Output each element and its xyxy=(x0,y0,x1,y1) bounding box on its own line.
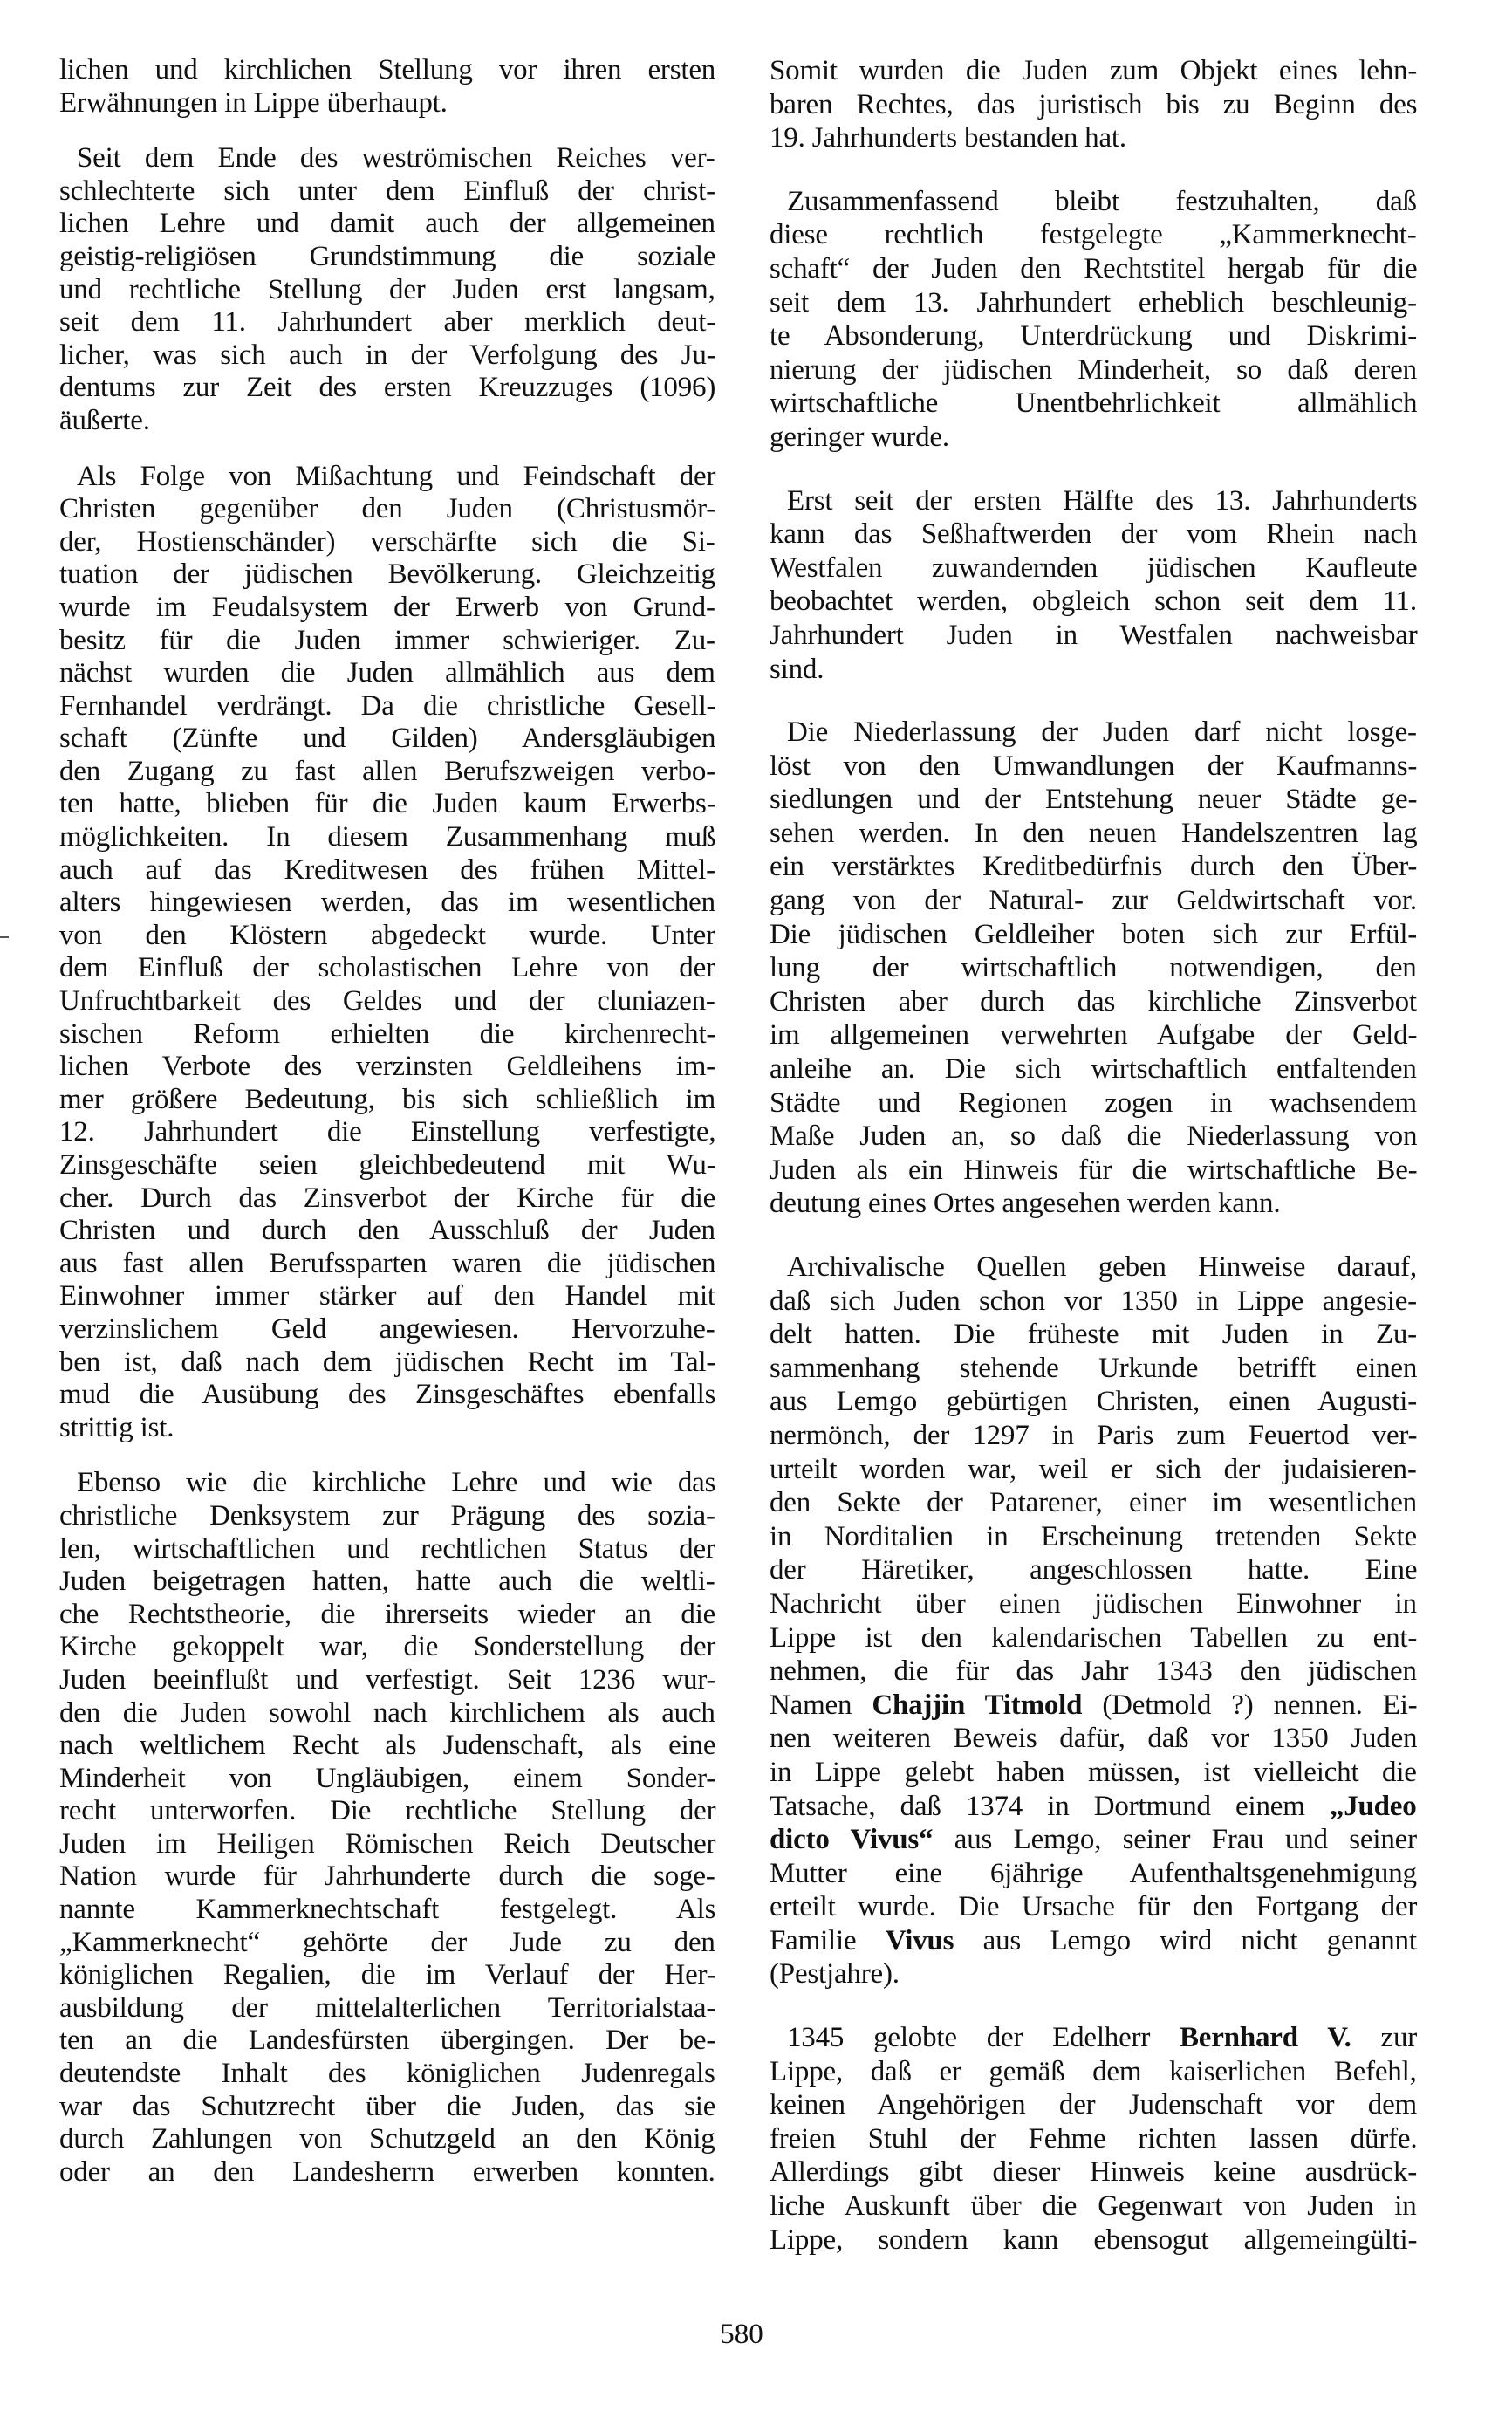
text-line: dentums zur Zeit des ersten Kreuzzuges (… xyxy=(59,372,715,405)
text-line: 1345 gelobte der Edelherr Bernhard V. zu… xyxy=(770,2021,1417,2055)
text-line: beobachtet werden, obgleich schon seit d… xyxy=(770,585,1417,619)
text-line: cher. Durch das Zinsverbot der Kirche fü… xyxy=(59,1182,715,1216)
text-line: anleihe an. Die sich wirtschaftlich entf… xyxy=(770,1052,1417,1086)
text-line: den Zugang zu fast allen Berufszweigen v… xyxy=(59,756,715,789)
text-line: besitz für die Juden immer schwieriger. … xyxy=(59,625,715,658)
text-line: Nation wurde für Jahrhunderte durch die … xyxy=(59,1860,715,1894)
text-line: äußerte. xyxy=(59,405,715,438)
bold-name-vivus: Vivus xyxy=(886,1925,954,1956)
text-line: nehmen, die für das Jahr 1343 den jüdisc… xyxy=(770,1655,1417,1689)
text-line: Die Niederlassung der Juden darf nicht l… xyxy=(770,716,1417,750)
text-line: nach weltlichem Recht als Judenschaft, a… xyxy=(59,1730,715,1763)
text-line: Juden als ein Hinweis für die wirtschaft… xyxy=(770,1154,1417,1188)
text-line: sammenhang stehende Urkunde betrifft ein… xyxy=(770,1352,1417,1386)
text-line: liche Auskunft über die Gegenwart von Ju… xyxy=(770,2189,1417,2224)
text-line: seit dem 13. Jahrhundert erheblich besch… xyxy=(770,286,1417,320)
text-line: gang von der Natural- zur Geldwirtschaft… xyxy=(770,884,1417,918)
text-line: aus Lemgo gebürtigen Christen, einen Aug… xyxy=(770,1385,1417,1419)
text-line: in Norditalien in Erscheinung tretenden … xyxy=(770,1520,1417,1554)
text-line: urteilt worden war, weil er sich der jud… xyxy=(770,1453,1417,1487)
text-line: königlichen Regalien, die im Verlauf der… xyxy=(59,1959,715,1992)
text-line: nen weiteren Beweis dafür, daß vor 1350 … xyxy=(770,1722,1417,1756)
text-run: Tatsache, daß 1374 in Dortmund einem xyxy=(770,1791,1330,1822)
text-line: Kirche gekoppelt war, die Sonderstellung… xyxy=(59,1631,715,1664)
text-line: ausbildung der mittelalterlichen Territo… xyxy=(59,1992,715,2025)
text-line: schaft“ der Juden den Rechtstitel hergab… xyxy=(770,252,1417,286)
text-line: der, Hostienschänder) verschärfte sich d… xyxy=(59,526,715,559)
text-line: sehen werden. In den neuen Handelszentre… xyxy=(770,817,1417,851)
text-run: 1345 gelobte der Edelherr xyxy=(787,2022,1180,2053)
text-line: delt hatten. Die früheste mit Juden in Z… xyxy=(770,1318,1417,1352)
text-line: Juden beigetragen hatten, hatte auch die… xyxy=(59,1566,715,1599)
text-line: lichen Lehre und damit auch der allgemei… xyxy=(59,208,715,241)
text-line: dem Einfluß der scholastischen Lehre von… xyxy=(59,952,715,985)
text-line: Christen gegenüber den Juden (Christusmö… xyxy=(59,493,715,526)
bold-quote-dicto-vivus: dicto Vivus“ xyxy=(770,1824,933,1855)
text-line: Einwohner immer stärker auf den Handel m… xyxy=(59,1280,715,1313)
text-line: lichen Verbote des verzinsten Geldleihen… xyxy=(59,1051,715,1084)
text-line: Ebenso wie die kirchliche Lehre und wie … xyxy=(59,1467,715,1500)
text-line: sind. xyxy=(770,653,1417,687)
text-line: aus fast allen Berufssparten waren die j… xyxy=(59,1248,715,1281)
text-line: von den Klöstern abgedeckt wurde. Unter xyxy=(59,920,715,953)
text-line: durch Zahlungen von Schutzgeld an den Kö… xyxy=(59,2123,715,2156)
text-line: Juden beeinflußt und verfestigt. Seit 12… xyxy=(59,1664,715,1697)
paragraph: lichen und kirchlichen Stellung vor ihre… xyxy=(59,54,715,120)
text-line: ein verstärktes Kreditbedürfnis durch de… xyxy=(770,850,1417,884)
text-line: Allerdings gibt dieser Hinweis keine aus… xyxy=(770,2155,1417,2189)
text-line: im allgemeinen verwehrten Aufgabe der Ge… xyxy=(770,1018,1417,1052)
text-line: Familie Vivus aus Lemgo wird nicht genan… xyxy=(770,1924,1417,1958)
text-line: Nachricht über einen jüdischen Einwohner… xyxy=(770,1587,1417,1621)
text-line: Minderheit von Ungläubigen, einem Sonder… xyxy=(59,1763,715,1796)
text-line: schlechterte sich unter dem Einfluß der … xyxy=(59,175,715,209)
text-run: Namen xyxy=(770,1689,872,1721)
paragraph: 1345 gelobte der Edelherr Bernhard V. zu… xyxy=(770,2021,1417,2257)
text-line: deutendste Inhalt des königlichen Judenr… xyxy=(59,2058,715,2091)
text-line: che Rechtstheorie, die ihrerseits wieder… xyxy=(59,1599,715,1632)
text-line: Als Folge von Mißachtung und Feindschaft… xyxy=(59,461,715,494)
text-line: Maße Juden an, so daß die Niederlassung … xyxy=(770,1120,1417,1154)
text-line: geistig-religiösen Grundstimmung die soz… xyxy=(59,241,715,274)
paragraph: Zusammenfassend bleibt festzuhalten, daß… xyxy=(770,185,1417,455)
text-line: Unfruchtbarkeit des Geldes und der cluni… xyxy=(59,985,715,1018)
text-line: christliche Denksystem zur Prägung des s… xyxy=(59,1500,715,1533)
text-line: Christen und durch den Ausschluß der Jud… xyxy=(59,1215,715,1248)
text-line: Christen aber durch das kirchliche Zinsv… xyxy=(770,985,1417,1019)
text-line: baren Rechtes, das juristisch bis zu Beg… xyxy=(770,88,1417,122)
text-line: seit dem 11. Jahrhundert aber merklich d… xyxy=(59,306,715,339)
text-line: sischen Reform erhielten die kirchenrech… xyxy=(59,1018,715,1052)
text-line: Lippe ist den kalendarischen Tabellen zu… xyxy=(770,1621,1417,1655)
text-line: geringer wurde. xyxy=(770,421,1417,455)
text-line: recht unterworfen. Die rechtliche Stellu… xyxy=(59,1795,715,1828)
text-line: diese rechtlich festgelegte „Kammerknech… xyxy=(770,218,1417,252)
text-line: Juden im Heiligen Römischen Reich Deutsc… xyxy=(59,1828,715,1861)
paragraph: Archivalische Quellen geben Hinweise dar… xyxy=(770,1251,1417,1991)
text-line: (Pestjahre). xyxy=(770,1957,1417,1991)
text-line: Jahrhundert Juden in Westfalen nachweisb… xyxy=(770,619,1417,653)
text-line: lichen und kirchlichen Stellung vor ihre… xyxy=(59,54,715,87)
text-line: mer größere Bedeutung, bis sich schließl… xyxy=(59,1084,715,1117)
text-line: Die jüdischen Geldleiher boten sich zur … xyxy=(770,918,1417,952)
bold-name-chajjin-titmold: Chajjin Titmold xyxy=(872,1689,1082,1721)
text-line: Städte und Regionen zogen in wachsendem xyxy=(770,1086,1417,1120)
paragraph: Ebenso wie die kirchliche Lehre und wie … xyxy=(59,1467,715,2189)
text-line: verzinslichem Geld angewiesen. Hervorzuh… xyxy=(59,1313,715,1346)
text-line: Erst seit der ersten Hälfte des 13. Jahr… xyxy=(770,484,1417,518)
text-line: siedlungen und der Entstehung neuer Städ… xyxy=(770,783,1417,817)
text-line: Namen Chajjin Titmold (Detmold ?) nennen… xyxy=(770,1689,1417,1723)
text-line: war das Schutzrecht über die Juden, das … xyxy=(59,2091,715,2124)
text-line: auch auf das Kreditwesen des frühen Mitt… xyxy=(59,854,715,887)
text-line: Lippe, daß er gemäß dem kaiserlichen Bef… xyxy=(770,2055,1417,2089)
text-run: aus Lemgo wird nicht genannt xyxy=(954,1925,1417,1956)
text-line: schaft (Zünfte und Gilden) Andersgläubig… xyxy=(59,723,715,756)
paragraph: Als Folge von Mißachtung und Feindschaft… xyxy=(59,461,715,1445)
text-line: Erwähnungen in Lippe überhaupt. xyxy=(59,87,715,120)
text-line: freien Stuhl der Fehme richten lassen dü… xyxy=(770,2122,1417,2156)
text-line: Somit wurden die Juden zum Objekt eines … xyxy=(770,54,1417,88)
paragraph: Somit wurden die Juden zum Objekt eines … xyxy=(770,54,1417,155)
text-line: Fernhandel verdrängt. Da die christliche… xyxy=(59,690,715,723)
left-column: lichen und kirchlichen Stellung vor ihre… xyxy=(59,54,715,2189)
text-line: nächst wurden die Juden allmählich aus d… xyxy=(59,657,715,690)
text-line: möglichkeiten. In diesem Zusammenhang mu… xyxy=(59,821,715,854)
text-line: mud die Ausübung des Zinsgeschäftes eben… xyxy=(59,1379,715,1412)
text-line: Westfalen zuwandernden jüdischen Kaufleu… xyxy=(770,552,1417,586)
text-line: tuation der jüdischen Bevölkerung. Gleic… xyxy=(59,558,715,592)
paragraph: Seit dem Ende des weströmischen Reiches … xyxy=(59,142,715,437)
text-line: dicto Vivus“ aus Lemgo, seiner Frau und … xyxy=(770,1823,1417,1857)
text-line: te Absonderung, Unterdrückung und Diskri… xyxy=(770,319,1417,353)
text-line: alters hingewiesen werden, das im wesent… xyxy=(59,887,715,920)
text-line: nermönch, der 1297 in Paris zum Feuertod… xyxy=(770,1419,1417,1453)
text-run: Familie xyxy=(770,1925,886,1956)
text-line: ten an die Landesfürsten übergingen. Der… xyxy=(59,2025,715,2058)
text-line: ben ist, daß nach dem jüdischen Recht im… xyxy=(59,1346,715,1380)
paragraph: Erst seit der ersten Hälfte des 13. Jahr… xyxy=(770,484,1417,687)
text-line: strittig ist. xyxy=(59,1412,715,1445)
paragraph: Die Niederlassung der Juden darf nicht l… xyxy=(770,716,1417,1221)
text-line: nannte Kammerknechtschaft festgelegt. Al… xyxy=(59,1894,715,1927)
text-line: der Häretiker, angeschlossen hatte. Eine xyxy=(770,1553,1417,1587)
text-line: 19. Jahrhunderts bestanden hat. xyxy=(770,121,1417,155)
text-run: zur xyxy=(1351,2022,1417,2053)
text-run: aus Lemgo, seiner Frau und seiner xyxy=(933,1824,1417,1855)
text-line: löst von den Umwandlungen der Kaufmanns- xyxy=(770,750,1417,784)
text-line: Archivalische Quellen geben Hinweise dar… xyxy=(770,1251,1417,1285)
text-line: wurde im Feudalsystem der Erwerb von Gru… xyxy=(59,592,715,625)
text-run: (Detmold ?) nennen. Ei- xyxy=(1082,1689,1417,1721)
scan-artifact-mark xyxy=(0,936,9,938)
text-line: erteilt wurde. Die Ursache für den Fortg… xyxy=(770,1890,1417,1924)
text-line: kann das Seßhaftwerden der vom Rhein nac… xyxy=(770,517,1417,552)
text-line: licher, was sich auch in der Verfolgung … xyxy=(59,339,715,373)
bold-quote-judeo: „Judeo xyxy=(1330,1791,1417,1822)
text-line: Lippe, sondern kann ebensogut allgemeing… xyxy=(770,2224,1417,2258)
text-line: daß sich Juden schon vor 1350 in Lippe a… xyxy=(770,1285,1417,1319)
document-page: lichen und kirchlichen Stellung vor ihre… xyxy=(0,0,1512,2412)
text-line: nierung der jüdischen Minderheit, so daß… xyxy=(770,353,1417,387)
text-line: keinen Angehörigen der Judenschaft vor d… xyxy=(770,2088,1417,2122)
text-line: Zusammenfassend bleibt festzuhalten, daß xyxy=(770,185,1417,219)
text-line: den Sekte der Patarener, einer im wesent… xyxy=(770,1486,1417,1520)
text-line: wirtschaftliche Unentbehrlichkeit allmäh… xyxy=(770,387,1417,421)
text-line: in Lippe gelebt haben müssen, ist vielle… xyxy=(770,1756,1417,1790)
page-number: 580 xyxy=(715,2318,768,2351)
text-line: 12. Jahrhundert die Einstellung verfesti… xyxy=(59,1116,715,1149)
text-line: Mutter eine 6jährige Aufenthaltsgenehmig… xyxy=(770,1857,1417,1891)
bold-name-bernhard-v: Bernhard V. xyxy=(1180,2022,1351,2053)
text-line: lung der wirtschaftlich notwendigen, den xyxy=(770,951,1417,985)
text-line: „Kammerknecht“ gehörte der Jude zu den xyxy=(59,1927,715,1960)
text-line: Seit dem Ende des weströmischen Reiches … xyxy=(59,142,715,175)
text-line: len, wirtschaftlichen und rechtlichen St… xyxy=(59,1533,715,1566)
text-line: oder an den Landesherrn erwerben konnten… xyxy=(59,2156,715,2189)
text-line: Tatsache, daß 1374 in Dortmund einem „Ju… xyxy=(770,1790,1417,1824)
text-line: und rechtliche Stellung der Juden erst l… xyxy=(59,274,715,307)
text-line: ten hatte, blieben für die Juden kaum Er… xyxy=(59,788,715,821)
right-column: Somit wurden die Juden zum Objekt eines … xyxy=(770,54,1417,2257)
text-line: deutung eines Ortes angesehen werden kan… xyxy=(770,1187,1417,1221)
text-line: Zinsgeschäfte seien gleichbedeutend mit … xyxy=(59,1149,715,1182)
text-line: den die Juden sowohl nach kirchlichem al… xyxy=(59,1697,715,1730)
